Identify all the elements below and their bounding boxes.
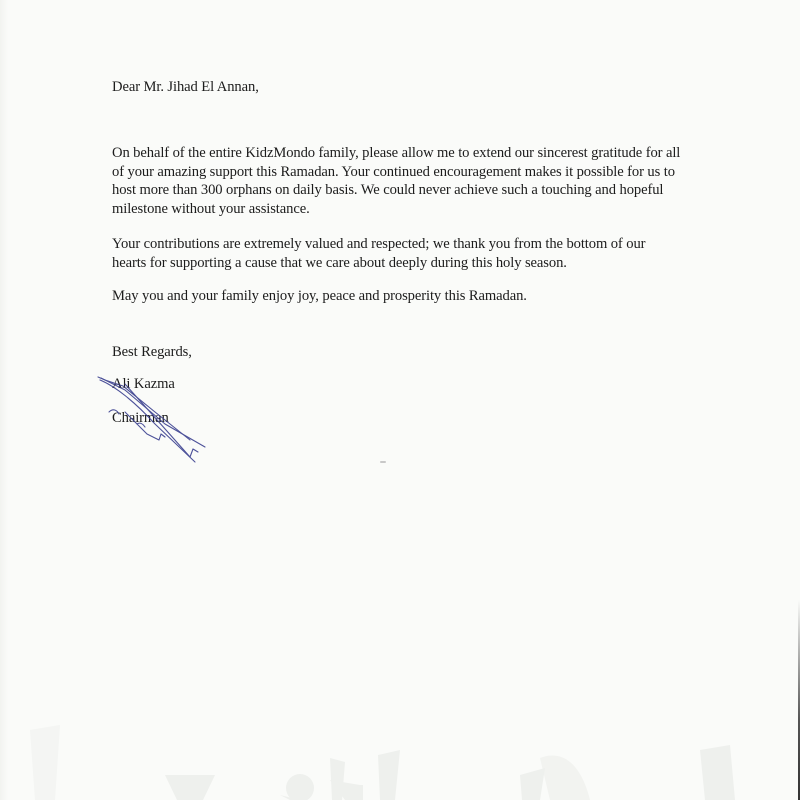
scan-speck [380,461,386,463]
closing: Best Regards, [112,343,192,362]
scanned-letter-page: Dear Mr. Jihad El Annan, On behalf of th… [0,0,800,800]
paragraph-line: host more than 300 orphans on daily basi… [112,181,712,200]
paragraph-line: of your amazing support this Ramadan. Yo… [112,163,712,182]
handwritten-signature-icon [95,372,220,467]
paragraph-line: On behalf of the entire KidzMondo family… [112,144,712,163]
body-paragraph-1: On behalf of the entire KidzMondo family… [112,144,712,218]
paragraph-line: hearts for supporting a cause that we ca… [112,254,712,273]
scan-edge-left [0,0,8,800]
paragraph-line: Your contributions are extremely valued … [112,235,712,254]
salutation: Dear Mr. Jihad El Annan, [112,78,259,97]
paragraph-line: May you and your family enjoy joy, peace… [112,287,712,306]
body-paragraph-3: May you and your family enjoy joy, peace… [112,287,712,306]
paragraph-line: milestone without your assistance. [112,200,712,219]
body-paragraph-2: Your contributions are extremely valued … [112,235,712,272]
watermark-logo-icon [0,690,800,800]
